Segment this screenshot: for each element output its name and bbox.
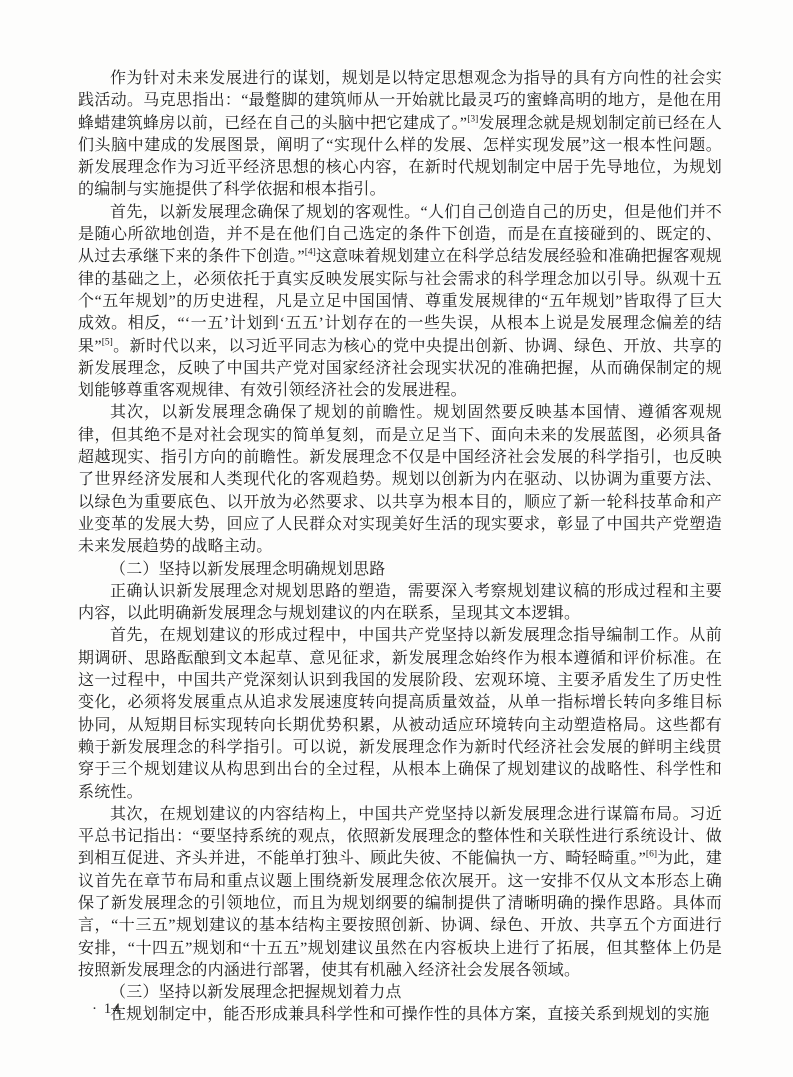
paragraph: 作为针对未来发展进行的谋划，规划是以特定思想观念为指导的具有方向性的社会实践活动… bbox=[78, 68, 722, 202]
section-heading: （三）坚持以新发展理念把握规划着力点 bbox=[78, 982, 722, 1004]
paragraph: 正确认识新发展理念对规划思路的塑造，需要深入考察规划建议稿的形成过程和主要内容，… bbox=[78, 581, 722, 626]
paragraph: 首先，以新发展理念确保了规划的客观性。“人们自己创造自己的历史，但是他们并不是随… bbox=[78, 202, 722, 403]
section-heading: （二）坚持以新发展理念明确规划思路 bbox=[78, 559, 722, 581]
paragraph: 在规划制定中，能否形成兼具科学性和可操作性的具体方案，直接关系到规划的实施 bbox=[78, 1004, 722, 1026]
document-page: 作为针对未来发展进行的谋划，规划是以特定思想观念为指导的具有方向性的社会实践活动… bbox=[0, 0, 793, 1077]
paragraph: 其次，以新发展理念确保了规划的前瞻性。规划固然要反映基本国情、遵循客观规律，但其… bbox=[78, 402, 722, 558]
page-number: · 14 · bbox=[92, 1001, 134, 1018]
paragraph: 其次，在规划建议的内容结构上，中国共产党坚持以新发展理念进行谋篇布局。习近平总书… bbox=[78, 804, 722, 982]
paragraph: 首先，在规划建议的形成过程中，中国共产党坚持以新发展理念指导编制工作。从前期调研… bbox=[78, 625, 722, 803]
article-body: 作为针对未来发展进行的谋划，规划是以特定思想观念为指导的具有方向性的社会实践活动… bbox=[78, 68, 722, 1027]
